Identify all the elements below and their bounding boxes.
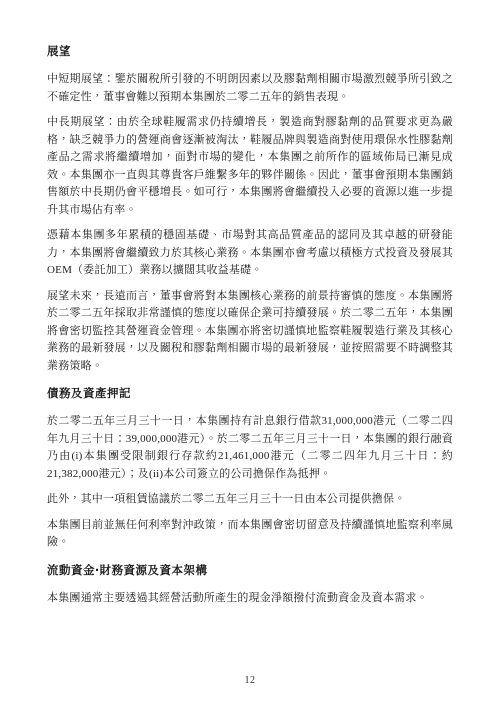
page-content: 展望 中短期展望：鑒於關稅所引發的不明朗因素以及膠黏劑相關市場激烈競爭所引致之不… <box>47 44 453 615</box>
paragraph-working-capital-funding: 本集團通常主要透過其經營活動所產生的現金淨額撥付流動資金及資本需求。 <box>47 590 453 608</box>
paragraph-short-mid-term-outlook: 中短期展望：鑒於關稅所引發的不明朗因素以及膠黏劑相關市場激烈競爭所引致之不確定性… <box>47 71 453 106</box>
page-footer: 12 <box>0 670 500 688</box>
section-heading-liquidity-financial-resources-capital-structure: 流動資金‧財務資源及資本架構 <box>47 563 453 580</box>
document-page: 展望 中短期展望：鑒於關稅所引發的不明朗因素以及膠黏劑相關市場激烈競爭所引致之不… <box>0 0 500 707</box>
paragraph-future-prudent-approach: 展望未來，長遠而言，董事會將對本集團核心業務的前景持審慎的態度。本集團將於二零二… <box>47 288 453 376</box>
paragraph-lease-guarantee: 此外，其中一項租賃協議於二零二五年三月三十一日由本公司提供擔保。 <box>47 491 453 509</box>
page-number: 12 <box>245 675 256 686</box>
paragraph-bank-borrowings: 於二零二五年三月三十一日，本集團持有計息銀行借款31,000,000港元（二零二… <box>47 413 453 483</box>
paragraph-core-business-oem: 憑藉本集團多年累積的穩固基礎、市場對其高品質產品的認同及其卓越的研發能力，本集團… <box>47 227 453 280</box>
section-heading-outlook: 展望 <box>47 44 453 61</box>
paragraph-interest-rate-hedging: 本集團目前並無任何利率對沖政策，而本集團會密切留意及持續謹慎地監察利率風險。 <box>47 517 453 552</box>
section-heading-indebtedness-charge-on-assets: 債務及資產押記 <box>47 386 453 403</box>
paragraph-mid-long-term-outlook: 中長期展望：由於全球鞋履需求仍持續增長，製造商對膠黏劑的品質要求更為嚴格，缺乏競… <box>47 114 453 219</box>
